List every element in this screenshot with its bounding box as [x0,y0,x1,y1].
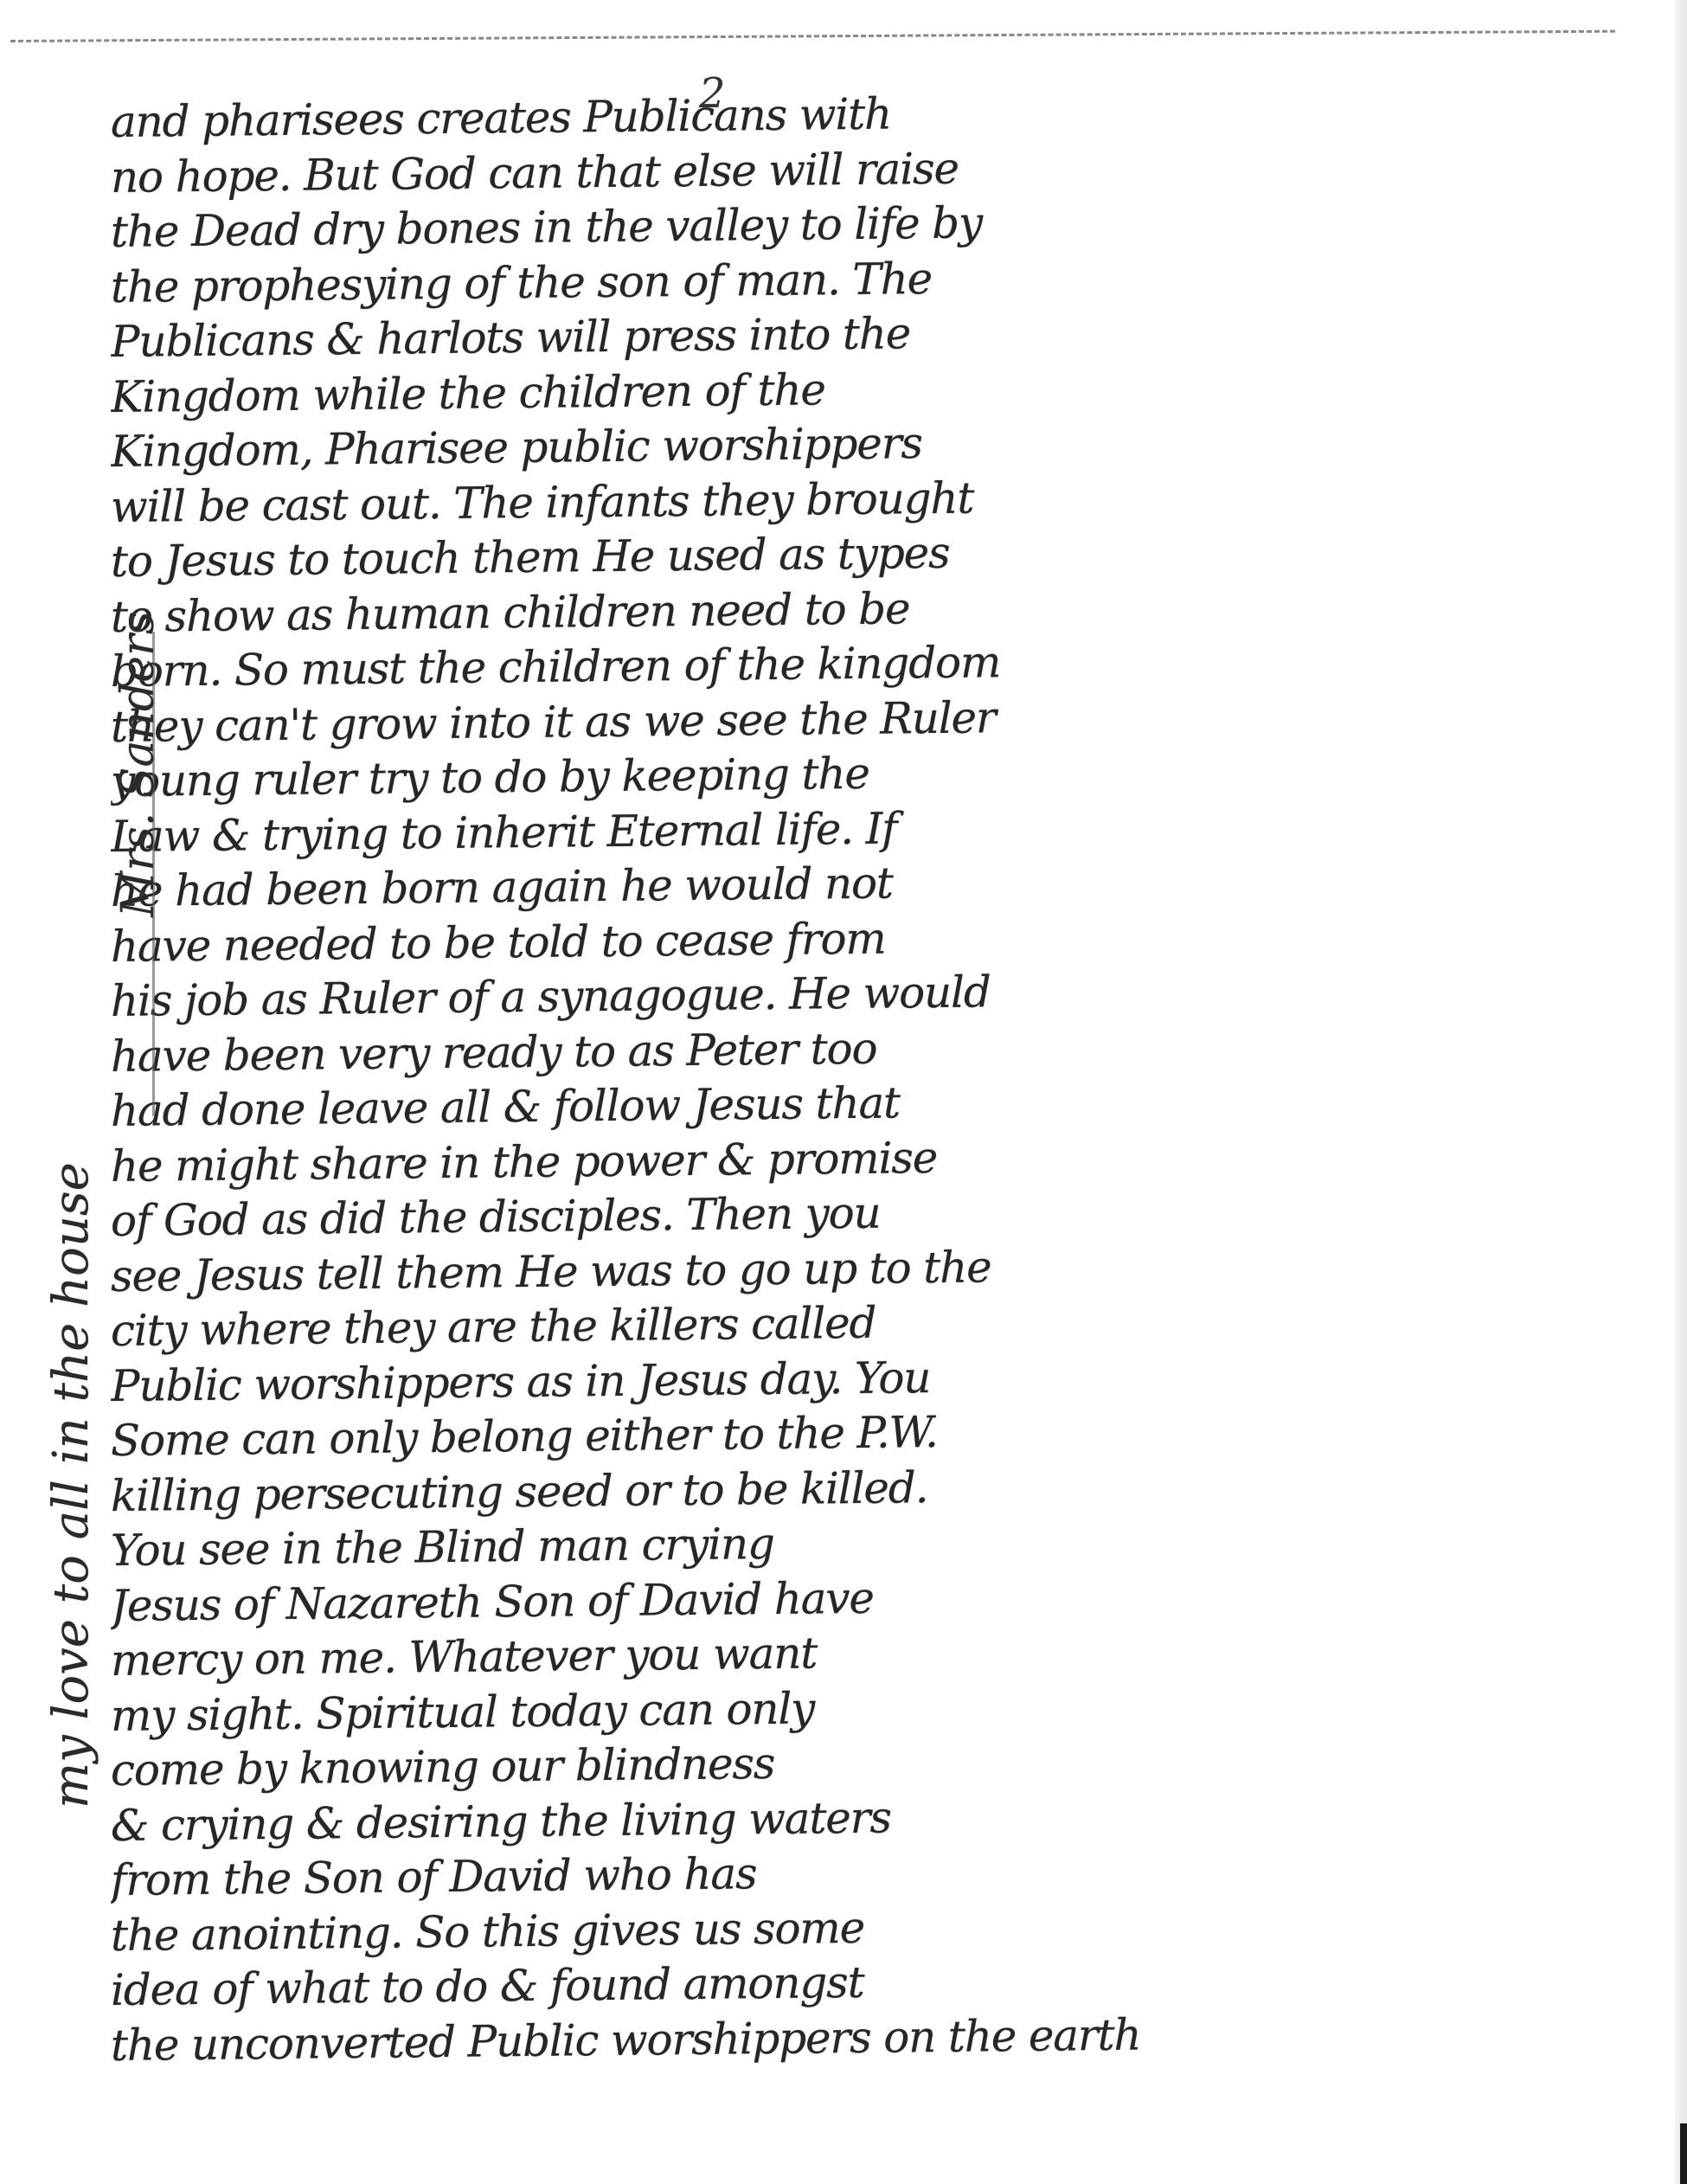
letter-body: and pharisees creates Publicans withno h… [111,95,1651,2073]
margin-note-signature: Mrs. Sanders [112,485,164,917]
scan-edge [1675,0,1687,2184]
margin-note-love: my love to all in the house [43,857,99,1808]
scan-edge-shadow [1680,2123,1687,2184]
header-rule [10,30,1615,42]
